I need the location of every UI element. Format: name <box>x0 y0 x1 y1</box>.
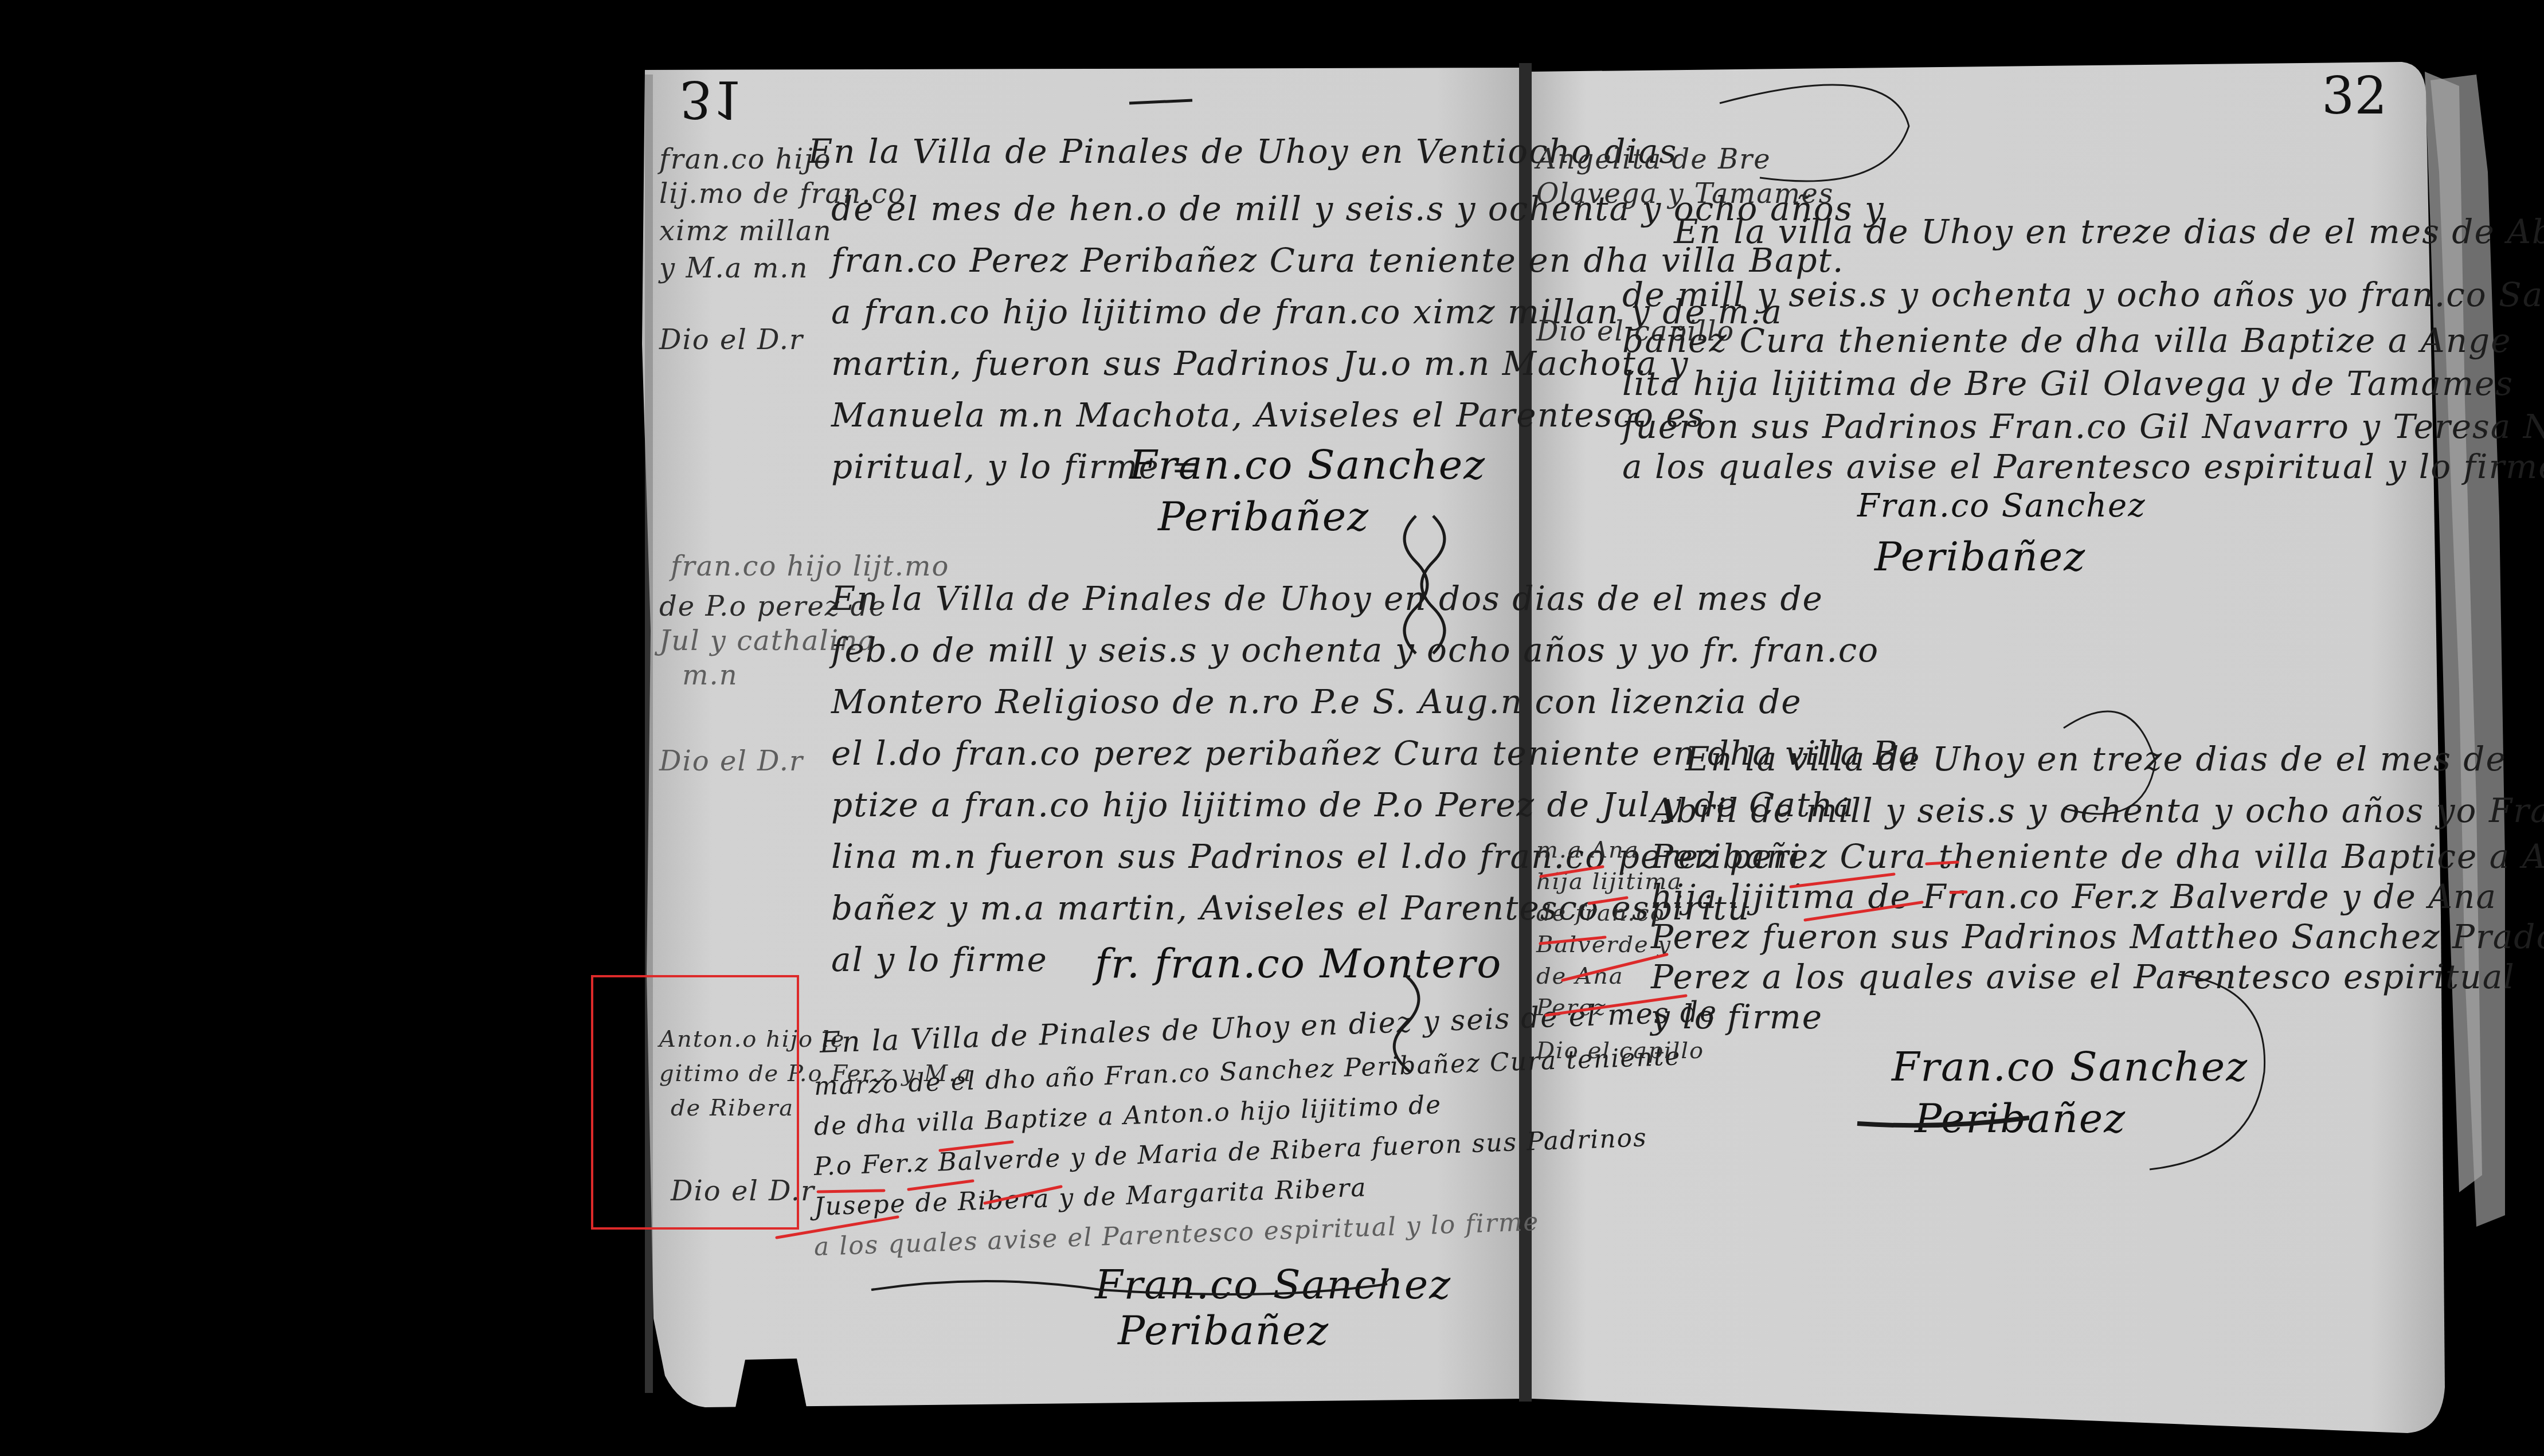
signature: fr. fran.co Montero <box>1095 940 1502 987</box>
margin-note: ximz millan <box>659 215 832 247</box>
left-page-number: 31 <box>679 69 745 129</box>
signature: Peribañez <box>1118 1307 1329 1354</box>
record-line: Abril de mill y seis.s y ochenta y ocho … <box>1651 791 2544 830</box>
record-line: al y lo firme <box>831 940 1048 979</box>
margin-footer: Dio el D.r <box>671 1175 815 1207</box>
right-page-number: 32 <box>2322 66 2388 126</box>
record-line: y lo firme <box>1651 997 1823 1036</box>
margin-note: Perez <box>1536 995 1607 1021</box>
record-line: En la Villa de Pinales de Uhoy en dos di… <box>831 579 1823 618</box>
signature: Peribañez <box>1915 1095 2126 1142</box>
margin-note: m.n <box>682 659 738 691</box>
record-line: Perez fueron sus Padrinos Mattheo Sanche… <box>1651 917 2544 956</box>
signature: Fran.co Sanchez <box>1095 1261 1451 1308</box>
record-line: fueron sus Padrinos Fran.co Gil Navarro … <box>1622 407 2544 446</box>
margin-note: Olavega y Tamames <box>1536 178 1834 210</box>
record-line: Peribañez Cura theniente de dha villa Ba… <box>1651 837 2544 876</box>
document-viewer: 31 32 fran.co hijo lij.mo de fran.co xim… <box>0 0 2544 1456</box>
signature: Fran.co Sanchez <box>1129 441 1486 488</box>
margin-note: Anton.o hijo le <box>659 1026 845 1052</box>
record-line: Perez a los quales avise el Parentesco e… <box>1651 957 2515 996</box>
margin-note: fran.co hijo lijt.mo <box>671 550 949 582</box>
signature: Fran.co Sanchez <box>1892 1043 2248 1090</box>
record-line: hija lijitima de Fran.co Fer.z Balverde … <box>1651 877 2497 916</box>
margin-footer: Dio el D.r <box>659 324 804 356</box>
signature: Peribañez <box>1158 493 1369 540</box>
record-line: Montero Religioso de n.ro P.e S. Aug.n c… <box>831 682 1802 721</box>
margin-footer: Dio el D.r <box>659 745 804 777</box>
record-line: Manuela m.n Machota, Aviseles el Parente… <box>831 396 1705 435</box>
record-line: de mill y seis.s y ochenta y ocho años y… <box>1622 275 2544 314</box>
margin-note: de fran.co <box>1536 900 1665 926</box>
margin-note: y M.a m.n <box>659 252 808 284</box>
signature: Peribañez <box>1874 533 2086 580</box>
margin-note: de Ana <box>1536 963 1624 989</box>
margin-note: de Ribera <box>671 1095 794 1121</box>
margin-note: Angelita de Bre <box>1536 143 1771 175</box>
signature: Fran.co Sanchez <box>1857 487 2146 525</box>
record-line: a los quales avise el Parentesco espirit… <box>1622 447 2544 486</box>
record-line: feb.o de mill y seis.s y ochenta y ocho … <box>831 631 1879 670</box>
record-line: bañez Cura theniente de dha villa Baptiz… <box>1622 321 2512 360</box>
record-line: lita hija lijitima de Bre Gil Olavega y … <box>1622 364 2514 403</box>
margin-note: m.a Ana <box>1536 837 1639 863</box>
margin-note: fran.co hijo <box>659 143 832 175</box>
margin-footer: Dio el capillo <box>1536 1038 1704 1064</box>
record-line: En la villa de Uhoy en treze dias de el … <box>1674 212 2544 251</box>
record-line: En la villa de Uhoy en treze dias de el … <box>1685 739 2507 778</box>
record-line: martin, fueron sus Padrinos Ju.o m.n Mac… <box>831 344 1689 383</box>
